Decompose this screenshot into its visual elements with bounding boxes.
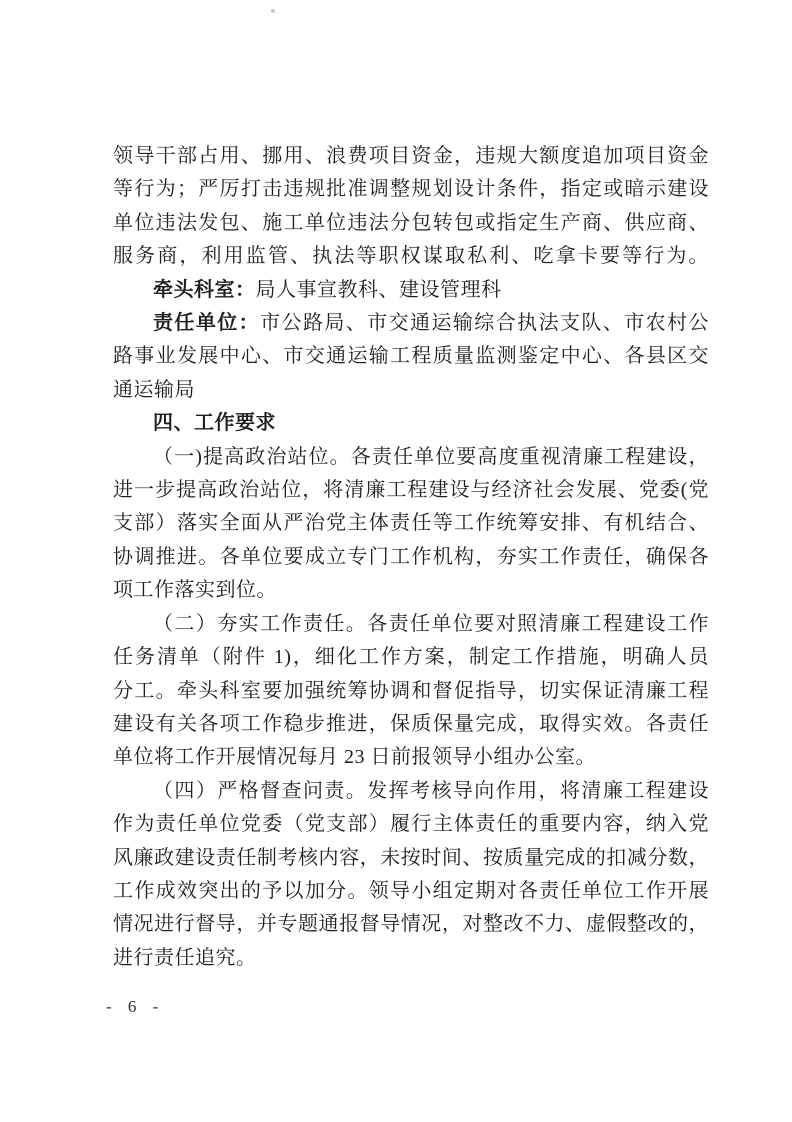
text-line: 支部）落实全面从严治党主体责任等工作统筹安排、有机结合、 — [113, 507, 709, 540]
text-line: 单位将工作开展情况每月 23 日前报领导小组办公室。 — [113, 741, 709, 774]
text-line: 项工作落实到位。 — [113, 574, 709, 607]
document-page: 领导干部占用、挪用、浪费项目资金，违规大额度追加项目资金等行为；严厉打击违规批准… — [0, 0, 792, 1122]
text-segment: 建设有关各项工作稳步推进，保质保量完成，取得实效。各责任 — [113, 713, 709, 735]
text-segment: 领导干部占用、挪用、浪费项目资金，违规大额度追加项目资金 — [113, 145, 709, 167]
text-segment: 等行为；严厉打击违规批准调整规划设计条件，指定或暗示建设 — [113, 178, 709, 200]
text-segment: 单位违法发包、施工单位违法分包转包或指定生产商、供应商、 — [113, 212, 709, 234]
document-body: 领导干部占用、挪用、浪费项目资金，违规大额度追加项目资金等行为；严厉打击违规批准… — [113, 140, 709, 975]
text-line: 作为责任单位党委（党支部）履行主体责任的重要内容，纳入党 — [113, 808, 709, 841]
scan-artifact-dot — [271, 9, 275, 13]
text-line: 协调推进。各单位要成立专门工作机构，夯实工作责任，确保各 — [113, 541, 709, 574]
text-line: 四、工作要求 — [113, 407, 709, 440]
text-line: 责任单位：市公路局、市交通运输综合执法支队、市农村公 — [113, 307, 709, 340]
text-line: 分工。牵头科室要加强统筹协调和督促指导，切实保证清廉工程 — [113, 675, 709, 708]
text-segment: 协调推进。各单位要成立专门工作机构，夯实工作责任，确保各 — [113, 546, 709, 568]
text-segment: 进一步提高政治站位，将清廉工程建设与经济社会发展、党委(党 — [113, 479, 709, 501]
text-line: （四）严格督查问责。发挥考核导向作用，将清廉工程建设 — [113, 775, 709, 808]
text-line: 通运输局 — [113, 374, 709, 407]
text-segment: 支部）落实全面从严治党主体责任等工作统筹安排、有机结合、 — [113, 512, 709, 534]
text-line: 情况进行督导，并专题通报督导情况，对整改不力、虚假整改的， — [113, 908, 709, 941]
text-segment: 局人事宣教科、建设管理科 — [256, 279, 502, 301]
text-line: （一)提高政治站位。各责任单位要高度重视清廉工程建设， — [113, 441, 709, 474]
text-segment: 情况进行督导，并专题通报督导情况，对整改不力、虚假整改的， — [113, 913, 709, 935]
text-segment: 路事业发展中心、市交通运输工程质量监测鉴定中心、各县区交 — [113, 345, 709, 367]
text-line: 路事业发展中心、市交通运输工程质量监测鉴定中心、各县区交 — [113, 340, 709, 373]
bold-text-segment: 牵头科室： — [153, 279, 256, 301]
text-segment: 分工。牵头科室要加强统筹协调和督促指导，切实保证清廉工程 — [113, 680, 709, 702]
text-segment: 任务清单（附件 1)，细化工作方案，制定工作措施，明确人员 — [113, 646, 709, 668]
text-segment: 市公路局、市交通运输综合执法支队、市农村公 — [260, 312, 709, 334]
text-segment: 作为责任单位党委（党支部）履行主体责任的重要内容，纳入党 — [113, 813, 709, 835]
text-segment: （四）严格督查问责。发挥考核导向作用，将清廉工程建设 — [153, 780, 709, 802]
text-segment: （二）夯实工作责任。各责任单位要对照清廉工程建设工作 — [153, 613, 709, 635]
text-segment: 单位将工作开展情况每月 23 日前报领导小组办公室。 — [113, 746, 596, 768]
text-line: （二）夯实工作责任。各责任单位要对照清廉工程建设工作 — [113, 608, 709, 641]
text-segment: 进行责任追究。 — [113, 947, 257, 969]
text-line: 进一步提高政治站位，将清廉工程建设与经济社会发展、党委(党 — [113, 474, 709, 507]
text-line: 建设有关各项工作稳步推进，保质保量完成，取得实效。各责任 — [113, 708, 709, 741]
bold-text-segment: 责任单位： — [153, 312, 260, 334]
text-line: 服务商，利用监管、执法等职权谋取私利、吃拿卡要等行为。 — [113, 240, 709, 273]
text-segment: 项工作落实到位。 — [113, 579, 277, 601]
bold-text-segment: 四、工作要求 — [153, 412, 276, 434]
text-line: 工作成效突出的予以加分。领导小组定期对各责任单位工作开展 — [113, 875, 709, 908]
text-line: 进行责任追究。 — [113, 942, 709, 975]
text-segment: 风廉政建设责任制考核内容，未按时间、按质量完成的扣减分数， — [113, 847, 709, 869]
page-number: - 6 - — [106, 997, 164, 1017]
text-segment: 服务商，利用监管、执法等职权谋取私利、吃拿卡要等行为。 — [113, 245, 709, 267]
text-line: 等行为；严厉打击违规批准调整规划设计条件，指定或暗示建设 — [113, 173, 709, 206]
text-segment: 工作成效突出的予以加分。领导小组定期对各责任单位工作开展 — [113, 880, 709, 902]
text-line: 风廉政建设责任制考核内容，未按时间、按质量完成的扣减分数， — [113, 842, 709, 875]
text-segment: 通运输局 — [113, 379, 195, 401]
text-line: 牵头科室：局人事宣教科、建设管理科 — [113, 274, 709, 307]
text-line: 任务清单（附件 1)，细化工作方案，制定工作措施，明确人员 — [113, 641, 709, 674]
text-line: 单位违法发包、施工单位违法分包转包或指定生产商、供应商、 — [113, 207, 709, 240]
text-segment: （一)提高政治站位。各责任单位要高度重视清廉工程建设， — [153, 446, 709, 468]
text-line: 领导干部占用、挪用、浪费项目资金，违规大额度追加项目资金 — [113, 140, 709, 173]
